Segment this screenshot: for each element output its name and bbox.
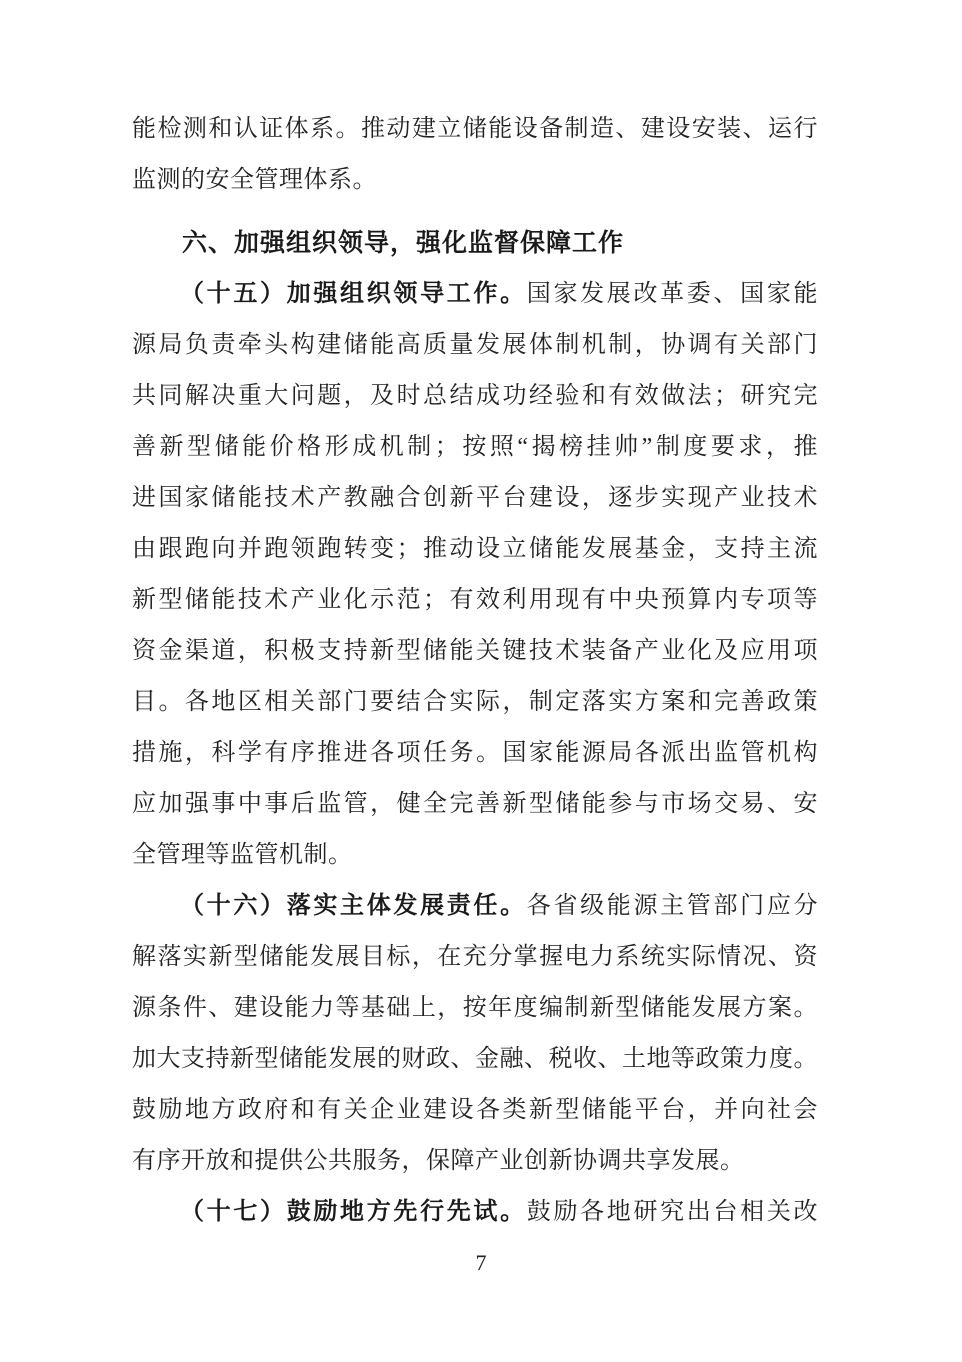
paragraph-text: 国家发展改革委、国家能: [527, 281, 818, 307]
paragraph-text: 各省级能源主管部门应分: [527, 893, 818, 919]
text-line: （十五）加强组织领导工作。国家发展改革委、国家能: [132, 269, 818, 320]
text-line: 进国家储能技术产教融合创新平台建设，逐步实现产业技术: [132, 473, 818, 524]
page-number: 7: [0, 1248, 962, 1278]
text-line: 由跟跑向并跑领跑转变；推动设立储能发展基金，支持主流: [132, 524, 818, 575]
text-line: 解落实新型储能发展目标，在充分掌握电力系统实际情况、资: [132, 932, 818, 983]
document-body: 能检测和认证体系。推动建立储能设备制造、建设安装、运行 监测的安全管理体系。 六…: [132, 104, 818, 1238]
text-line: （十六）落实主体发展责任。各省级能源主管部门应分: [132, 881, 818, 932]
text-line: 有序开放和提供公共服务，保障产业创新协调共享发展。: [132, 1136, 818, 1187]
text-line: 源局负责牵头构建储能高质量发展体制机制，协调有关部门: [132, 320, 818, 371]
text-line: 目。各地区相关部门要结合实际，制定落实方案和完善政策: [132, 677, 818, 728]
document-page: 能检测和认证体系。推动建立储能设备制造、建设安装、运行 监测的安全管理体系。 六…: [0, 0, 962, 1362]
text-line: 鼓励地方政府和有关企业建设各类新型储能平台，并向社会: [132, 1085, 818, 1136]
text-line: 能检测和认证体系。推动建立储能设备制造、建设安装、运行: [132, 104, 818, 155]
section-heading: 六、加强组织领导，强化监督保障工作: [132, 218, 818, 269]
text-line: 加大支持新型储能发展的财政、金融、税收、土地等政策力度。: [132, 1034, 818, 1085]
text-line: 全管理等监管机制。: [132, 830, 818, 881]
paragraph-lead: （十五）加强组织领导工作。: [180, 281, 527, 307]
text-line: 善新型储能价格形成机制；按照“揭榜挂帅”制度要求，推: [132, 422, 818, 473]
text-line: （十七）鼓励地方先行先试。鼓励各地研究出台相关改: [132, 1187, 818, 1238]
text-line: 源条件、建设能力等基础上，按年度编制新型储能发展方案。: [132, 983, 818, 1034]
paragraph-lead: （十六）落实主体发展责任。: [180, 893, 527, 919]
text-line: 措施，科学有序推进各项任务。国家能源局各派出监管机构: [132, 728, 818, 779]
text-line: 共同解决重大问题，及时总结成功经验和有效做法；研究完: [132, 371, 818, 422]
text-line: 新型储能技术产业化示范；有效利用现有中央预算内专项等: [132, 575, 818, 626]
paragraph-lead: （十七）鼓励地方先行先试。: [180, 1199, 527, 1225]
text-line: 监测的安全管理体系。: [132, 155, 818, 206]
text-line: 资金渠道，积极支持新型储能关键技术装备产业化及应用项: [132, 626, 818, 677]
paragraph-text: 鼓励各地研究出台相关改: [527, 1199, 818, 1225]
text-line: 应加强事中事后监管，健全完善新型储能参与市场交易、安: [132, 779, 818, 830]
